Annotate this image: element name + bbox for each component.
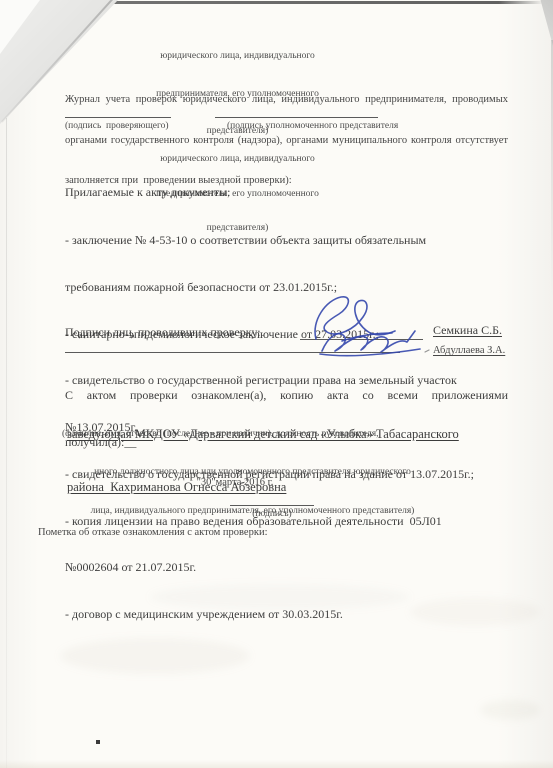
attachments-title: Прилагаемые к акту документы: <box>65 185 515 201</box>
recipient-note-line: (фамилия, имя, отчество (последнее - при… <box>62 428 378 441</box>
signer-2-name: Абдуллаева З.А. <box>433 344 505 357</box>
ink-speck <box>96 740 100 744</box>
bottom-signature-line <box>230 505 314 506</box>
journal-note-line: Журнал учета проверок юридического лица,… <box>65 93 508 107</box>
signer-1-name: Семкина С.Б. <box>433 323 502 339</box>
bottom-signature-caption: (подпись) <box>230 508 314 521</box>
handwritten-signature-2 <box>316 327 432 359</box>
attachment-item-line: №0002604 от 21.07.2015г. <box>65 560 515 576</box>
scan-smudge <box>480 700 540 720</box>
scan-bottom-smudge <box>0 760 553 768</box>
attachment-item-line: - заключение № 4-53-10 о соответствии об… <box>65 233 515 249</box>
date-line: "30"марта 2016 г. <box>0 476 470 490</box>
representative-signature-line <box>215 117 378 118</box>
scanned-document-page: юридического лица, индивидуального предп… <box>0 0 553 768</box>
signatures-label: Подписи лиц, проводивших проверку: <box>65 325 261 341</box>
page-left-crease <box>6 118 7 768</box>
header-caption-line: юридического лица, индивидуального <box>110 50 365 63</box>
inspector-signature-line <box>65 117 171 118</box>
scanner-top-edge <box>92 1 544 4</box>
attachment-item-line: - договор с медицинским учреждением от 3… <box>65 607 515 623</box>
refusal-note-label: Пометка об отказе ознакомления с актом п… <box>38 526 267 540</box>
attachment-item-line: требованиям пожарной безопасности от 23.… <box>65 280 515 296</box>
